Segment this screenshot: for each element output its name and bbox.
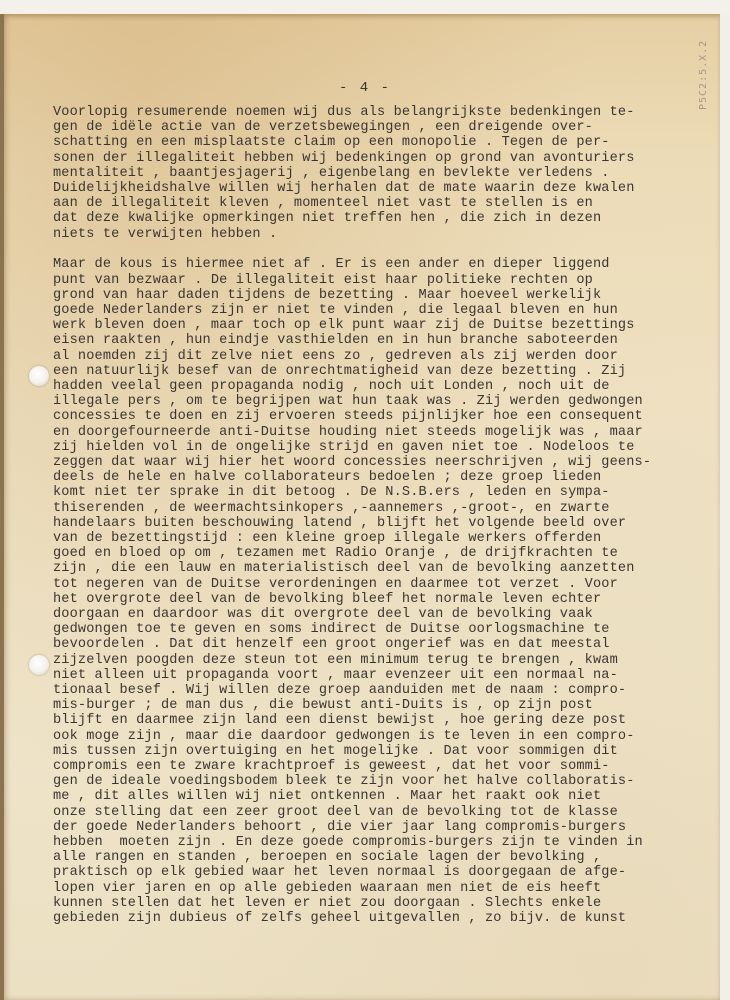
- text-line: en doorgefourneerde anti-Duitse houding …: [53, 425, 723, 440]
- text-line: niet alleen uit propaganda voort , maar …: [53, 668, 723, 683]
- paragraph: Voorlopig resumerende noemen wij dus als…: [53, 105, 723, 242]
- text-line: onze stelling dat een zeer groot deel va…: [53, 805, 723, 820]
- page-number: - 4 -: [0, 80, 730, 96]
- text-line: schatting en een misplaatste claim op ee…: [53, 135, 723, 150]
- text-line: bevoordelen . Dat dit henzelf een groot …: [53, 637, 723, 652]
- text-line: goed en bloed op om , tezamen met Radio …: [53, 546, 723, 561]
- text-line: praktisch op elk gebied waar het leven n…: [53, 865, 723, 880]
- text-line: zijn , die een lauw en materialistisch d…: [53, 561, 723, 576]
- text-line: compromis een te zware krachtproef is ge…: [53, 759, 723, 774]
- text-line: aan de illegaliteit kleven , momenteel n…: [53, 196, 723, 211]
- text-line: het overgrote deel van de bevolking blee…: [53, 592, 723, 607]
- text-line: thiserenden , de weermachtsinkopers ,-aa…: [53, 501, 723, 516]
- text-line: handelaars buiten beschouwing latend , b…: [53, 516, 723, 531]
- text-line: zijzelven poogden deze steun tot een min…: [53, 653, 723, 668]
- text-line: tot negeren van de Duitse verordeningen …: [53, 577, 723, 592]
- text-line: ook moge zijn , maar die daardoor gedwon…: [53, 729, 723, 744]
- text-line: grond van haar daden tijdens de bezettin…: [53, 288, 723, 303]
- text-line: zij hielden vol in de ongelijke strijd e…: [53, 440, 723, 455]
- text-line: alle rangen en standen , beroepen en soc…: [53, 850, 723, 865]
- document-body: Voorlopig resumerende noemen wij dus als…: [53, 105, 723, 926]
- text-line: zeggen dat waar wij hier het woord conce…: [53, 455, 723, 470]
- paragraph: Maar de kous is hiermee niet af . Er is …: [53, 257, 723, 926]
- text-line: lopen vier jaren en op alle gebieden waa…: [53, 881, 723, 896]
- text-line: me , dit alles willen wij niet ontkennen…: [53, 789, 723, 804]
- page-left-edge: [0, 14, 4, 1000]
- text-line: sonen der illegaliteit hebben wij bedenk…: [53, 151, 723, 166]
- text-line: goede Nederlanders zijn er niet te vinde…: [53, 303, 723, 318]
- text-line: mis tussen zijn overtuiging en het mogel…: [53, 744, 723, 759]
- text-line: mentaliteit , baantjesjagerij , eigenbel…: [53, 166, 723, 181]
- text-line: gen de ideale voedingsbodem bleek te zij…: [53, 774, 723, 789]
- text-line: blijft en daarmee zijn land een dienst b…: [53, 713, 723, 728]
- text-line: eisen raakten , hun eindje vasthielden e…: [53, 333, 723, 348]
- text-line: hadden veelal geen propaganda nodig , no…: [53, 379, 723, 394]
- text-line: werk bleven doen , maar toch op elk punt…: [53, 318, 723, 333]
- text-line: een natuurlijk besef van de onrechtmatig…: [53, 364, 723, 379]
- text-line: mis-burger ; de man dus , die bewust ant…: [53, 698, 723, 713]
- text-line: Voorlopig resumerende noemen wij dus als…: [53, 105, 723, 120]
- scan-frame: P5C2:5.X.2 - 4 - Voorlopig resumerende n…: [0, 0, 730, 1000]
- punch-hole-icon: [29, 366, 49, 386]
- text-line: dat deze kwalijke opmerkingen niet treff…: [53, 211, 723, 226]
- text-line: al noemden zij dit zelve niet eens zo , …: [53, 349, 723, 364]
- text-line: der goede Nederlanders behoort , die vie…: [53, 820, 723, 835]
- text-line: Maar de kous is hiermee niet af . Er is …: [53, 257, 723, 272]
- text-line: punt van bezwaar . De illegaliteit eist …: [53, 273, 723, 288]
- text-line: hebben moeten zijn . En deze goede compr…: [53, 835, 723, 850]
- text-line: gebieden zijn dubieus of zelfs geheel ui…: [53, 911, 723, 926]
- text-line: concessies te doen en zij ervoeren steed…: [53, 409, 723, 424]
- text-line: Duidelijkheidshalve willen wij herhalen …: [53, 181, 723, 196]
- text-line: gen de idële actie van de verzetsbewegin…: [53, 120, 723, 135]
- text-line: komt niet ter sprake in dit betoog . De …: [53, 485, 723, 500]
- text-line: gedwongen toe te geven en soms indirect …: [53, 622, 723, 637]
- text-line: niets te verwijten hebben .: [53, 227, 723, 242]
- text-line: van de bezettingstijd : een kleine groep…: [53, 531, 723, 546]
- text-line: tionaal besef . Wij willen deze groep aa…: [53, 683, 723, 698]
- text-line: deels de hele en halve collaborateurs be…: [53, 470, 723, 485]
- text-line: kunnen stellen dat het leven er niet zou…: [53, 896, 723, 911]
- punch-hole-icon: [29, 655, 49, 675]
- text-line: doorgaan en daardoor was dit overgrote d…: [53, 607, 723, 622]
- text-line: illegale pers , om te begrijpen wat hun …: [53, 394, 723, 409]
- archive-stamp: P5C2:5.X.2: [698, 30, 714, 110]
